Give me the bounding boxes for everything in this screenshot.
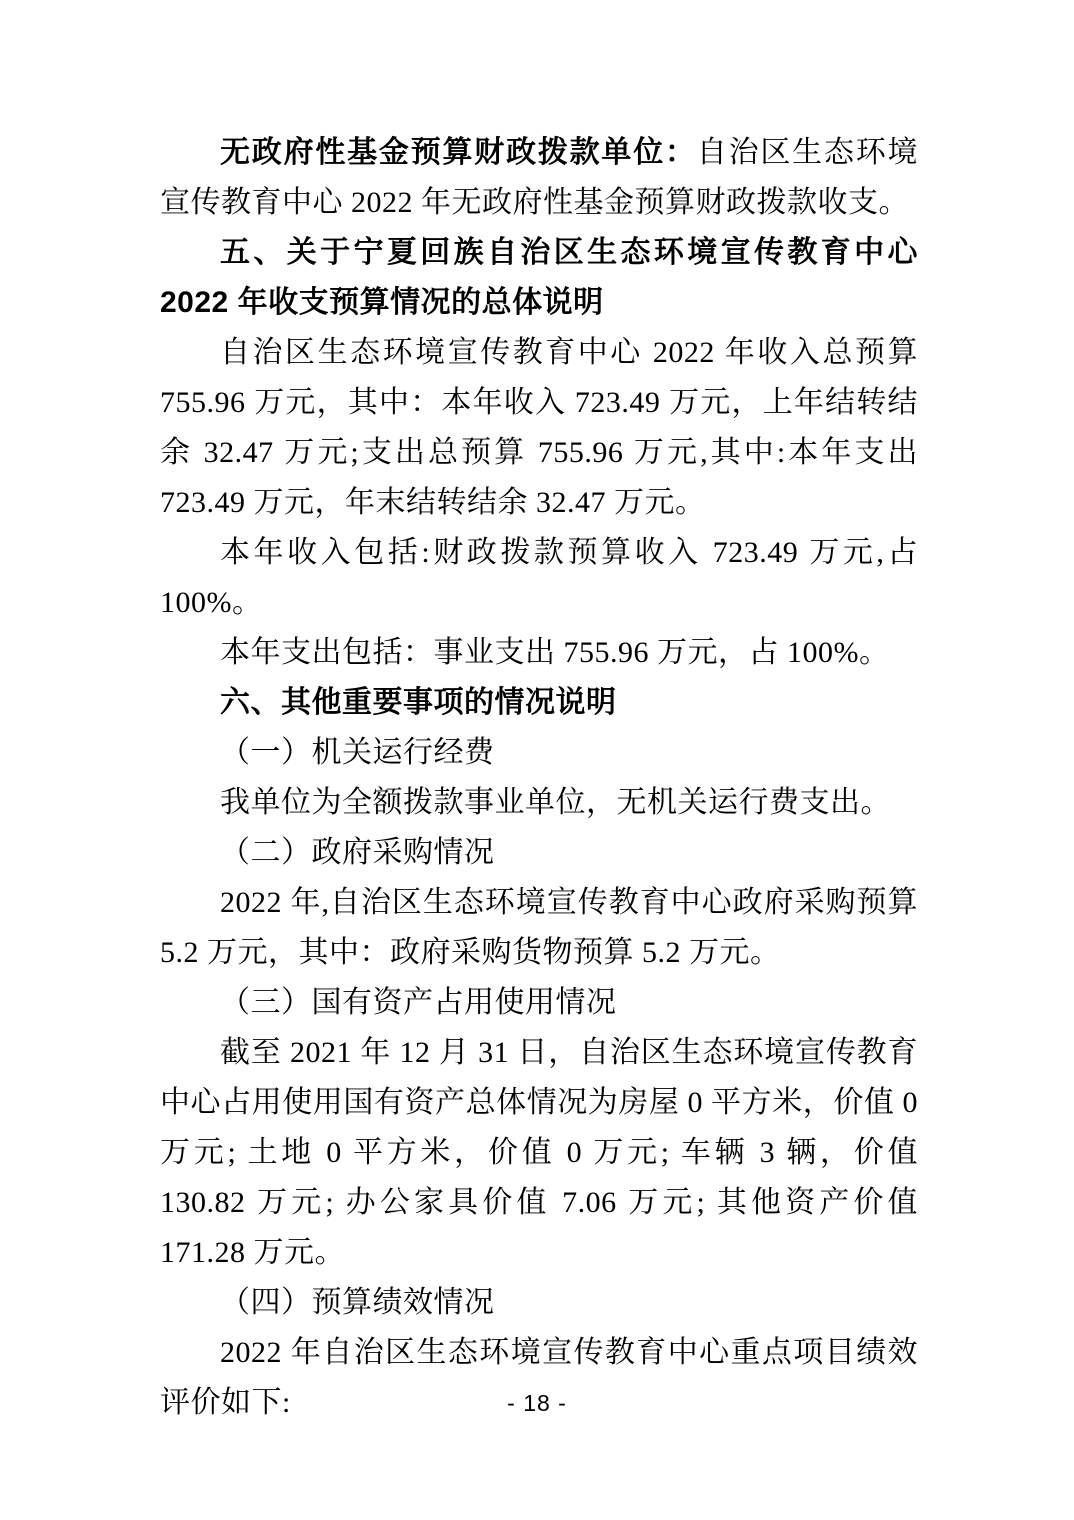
document-page: 无政府性基金预算财政拨款单位：自治区生态环境宣传教育中心 2022 年无政府性基… bbox=[0, 0, 1074, 1520]
paragraph-no-gov-fund: 无政府性基金预算财政拨款单位：自治区生态环境宣传教育中心 2022 年无政府性基… bbox=[160, 128, 918, 228]
paragraph-procurement: 2022 年,自治区生态环境宣传教育中心政府采购预算 5.2 万元，其中：政府采… bbox=[160, 878, 918, 978]
subsection-four-title: （四）预算绩效情况 bbox=[160, 1278, 918, 1328]
document-body: 无政府性基金预算财政拨款单位：自治区生态环境宣传教育中心 2022 年无政府性基… bbox=[160, 128, 918, 1428]
subsection-two-title: （二）政府采购情况 bbox=[160, 828, 918, 878]
subsection-three-title: （三）国有资产占用使用情况 bbox=[160, 978, 918, 1028]
section-heading-six: 六、其他重要事项的情况说明 bbox=[160, 678, 918, 728]
subsection-one-title: （一）机关运行经费 bbox=[160, 728, 918, 778]
paragraph-expense: 本年支出包括：事业支出 755.96 万元，占 100%。 bbox=[160, 628, 918, 678]
paragraph-operation-expense: 我单位为全额拨款事业单位，无机关运行费支出。 bbox=[160, 778, 918, 828]
paragraph-income: 本年收入包括:财政拨款预算收入 723.49 万元,占 100%。 bbox=[160, 528, 918, 628]
paragraph-state-assets: 截至 2021 年 12 月 31 日，自治区生态环境宣传教育中心占用使用国有资… bbox=[160, 1028, 918, 1278]
section-heading-five: 五、关于宁夏回族自治区生态环境宣传教育中心 2022 年收支预算情况的总体说明 bbox=[160, 228, 918, 328]
page-number: - 18 - bbox=[0, 1388, 1074, 1418]
paragraph-budget-overview: 自治区生态环境宣传教育中心 2022 年收入总预算 755.96 万元，其中：本… bbox=[160, 328, 918, 528]
paragraph-lead-bold: 无政府性基金预算财政拨款单位： bbox=[220, 136, 697, 169]
